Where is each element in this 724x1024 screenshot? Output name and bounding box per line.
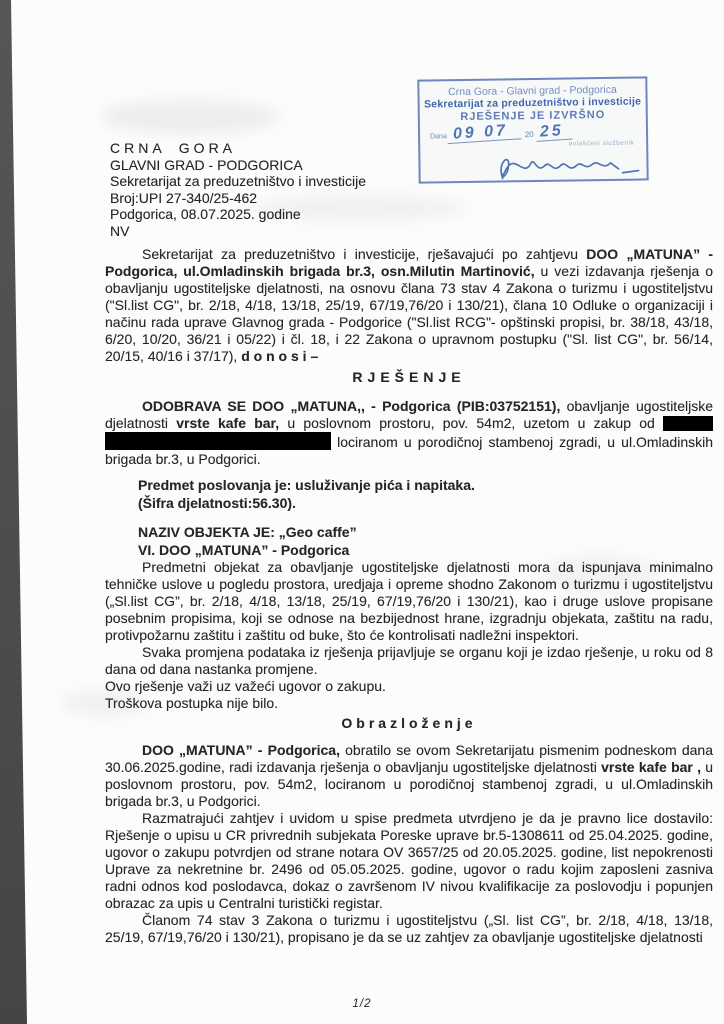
explanation-heading: Obrazloženje <box>105 715 713 732</box>
object-name-line: NAZIV OBJEKTA JE: „Geo caffe” <box>138 524 713 542</box>
business-subject-line: Predmet poslovanja je: usluživanje pića … <box>138 477 713 495</box>
stamp-handwritten-date: 09 07 <box>446 123 521 144</box>
conditions-paragraph: Predmetni objekat za obavljanje ugostite… <box>105 559 713 644</box>
signature-scribble <box>492 146 643 188</box>
company-name: DOO „MATUNA” - Podgorica, <box>142 742 340 758</box>
approval-paragraph: ODOBRAVA SE DOO „MATUNA,, - Podgorica (P… <box>105 398 713 468</box>
scan-smudge <box>100 100 280 134</box>
object-name-block: NAZIV OBJEKTA JE: „Geo caffe” VI. DOO „M… <box>105 524 713 559</box>
department-name: Sekretarijat za preduzetništvo i investi… <box>110 173 366 190</box>
reference-number: Broj:UPI 27-340/25-462 <box>110 190 366 207</box>
redaction-box <box>105 432 331 450</box>
lease-validity-note: Ovo rješenje važi uz važeći ugovor o zak… <box>105 678 713 695</box>
activity-code-line: (Šifra djelatnosti:56.30). <box>138 495 713 513</box>
intro-text: Sekretarijat za preduzetništvo i investi… <box>142 246 586 262</box>
donosi-word: d o n o s i – <box>241 348 318 364</box>
business-type-2: vrste kafe bar , <box>601 759 701 775</box>
explanation-paragraph-2: Razmatrajući zahtjev i uvidom u spise pr… <box>105 810 713 912</box>
change-notice-paragraph: Svaka promjena podataka iz rješenja prij… <box>105 644 713 678</box>
scan-edge-shadow <box>0 0 30 1024</box>
city-name: GLAVNI GRAD - PODGORICA <box>110 157 366 174</box>
place-and-date: Podgorica, 08.07.2025. godine <box>110 206 366 223</box>
stamp-handwritten-year: 25 <box>535 124 572 142</box>
owner-line: VI. DOO „MATUNA” - Podgorica <box>138 542 713 560</box>
costs-note: Troškova postupka nije bilo. <box>105 695 713 712</box>
country-name: CRNA GORA <box>110 140 366 157</box>
decision-heading: RJEŠENJE <box>105 369 713 386</box>
redaction-box <box>663 416 713 431</box>
letterhead: CRNA GORA GLAVNI GRAD - PODGORICA Sekret… <box>110 140 366 239</box>
clerk-initials: NV <box>110 223 366 240</box>
business-subject-block: Predmet poslovanja je: usluživanje pića … <box>105 477 713 512</box>
business-type: vrste kafe bar, <box>176 415 279 431</box>
stamp-year-prefix: 20 <box>521 130 536 141</box>
stamp-date-label: Dana <box>430 133 447 142</box>
premises-text: u poslovnom prostoru, pov. 54m2, uzetom … <box>279 415 663 431</box>
intro-paragraph: Sekretarijat za preduzetništvo i investi… <box>105 246 713 365</box>
stamp-status-line: RJEŠENJE JE IZVRŠNO <box>420 108 646 123</box>
explanation-paragraph-1: DOO „MATUNA” - Podgorica, obratilo se ov… <box>105 742 713 810</box>
document-body: Sekretarijat za preduzetništvo i investi… <box>105 246 713 946</box>
document-page: Crna Gora - Glavni grad - Podgorica Sekr… <box>0 0 724 1024</box>
official-stamp: Crna Gora - Glavni grad - Podgorica Sekr… <box>417 76 648 183</box>
approval-subject: ODOBRAVA SE DOO „MATUNA,, - Podgorica (P… <box>142 398 560 414</box>
page-number: 1/2 <box>0 998 724 1010</box>
explanation-paragraph-3: Članom 74 stav 3 Zakona o turizmu i ugos… <box>105 912 713 946</box>
